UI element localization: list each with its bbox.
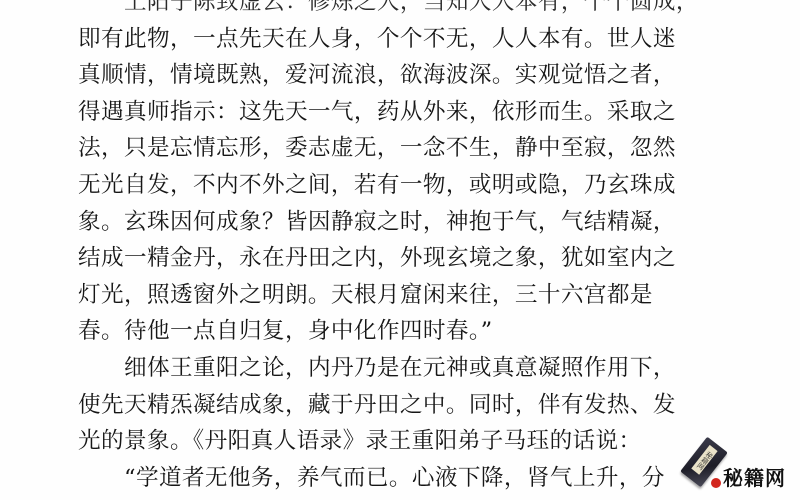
- book-label: 秘籍网: [691, 445, 717, 475]
- text-line-paragraph-start: 细体王重阳之论，内丹乃是在元神或真意凝照作用下，: [78, 350, 688, 387]
- text-line-partial-top: 上阳子陈致虚云：修炼之人，当知人人本有，个个圆成，: [78, 0, 688, 21]
- watermark-site-name: 秘籍网: [723, 462, 786, 491]
- text-line: 结成一精金丹，永在丹田之内，外现玄境之象，犹如室内之: [78, 240, 688, 277]
- site-watermark: 秘籍网 秘籍网: [683, 440, 800, 500]
- text-line: 春。待他一点自归复，身中化作四时春。”: [78, 313, 688, 350]
- text-line: 得遇真师指示：这先天一气，药从外来，依形而生。采取之: [78, 94, 688, 131]
- body-text: 上阳子陈致虚云：修炼之人，当知人人本有，个个圆成， 即有此物，一点先天在人身，个…: [78, 0, 688, 496]
- red-seal-icon: [711, 478, 721, 488]
- text-line: 即有此物，一点先天在人身，个个不无，人人本有。世人迷: [78, 21, 688, 58]
- text-line: 光的景象。《丹阳真人语录》录王重阳弟子马珏的话说：: [78, 423, 688, 460]
- book-icon: 秘籍网: [680, 437, 728, 488]
- text-line: 灯光，照透窗外之明朗。天根月窟闲来往，三十六宫都是: [78, 277, 688, 314]
- text-line: 象。玄珠因何成象？皆因静寂之时，神抱于气，气结精凝，: [78, 204, 688, 241]
- text-line: 使先天精炁凝结成象，藏于丹田之中。同时，伴有发热、发: [78, 387, 688, 424]
- text-line: 法，只是忘情忘形，委志虚无，一念不生，静中至寂，忽然: [78, 130, 688, 167]
- text-line: 真顺情，情境既熟，爱河流浪，欲海波深。实观觉悟之者，: [78, 57, 688, 94]
- text-line: 无光自发，不内不外之间，若有一物，或明或隐，乃玄珠成: [78, 167, 688, 204]
- scanned-book-page: 上阳子陈致虚云：修炼之人，当知人人本有，个个圆成， 即有此物，一点先天在人身，个…: [0, 0, 800, 500]
- text-line-quote-start: “学道者无他务，养气而已。心液下降，肾气上升，分: [78, 460, 688, 497]
